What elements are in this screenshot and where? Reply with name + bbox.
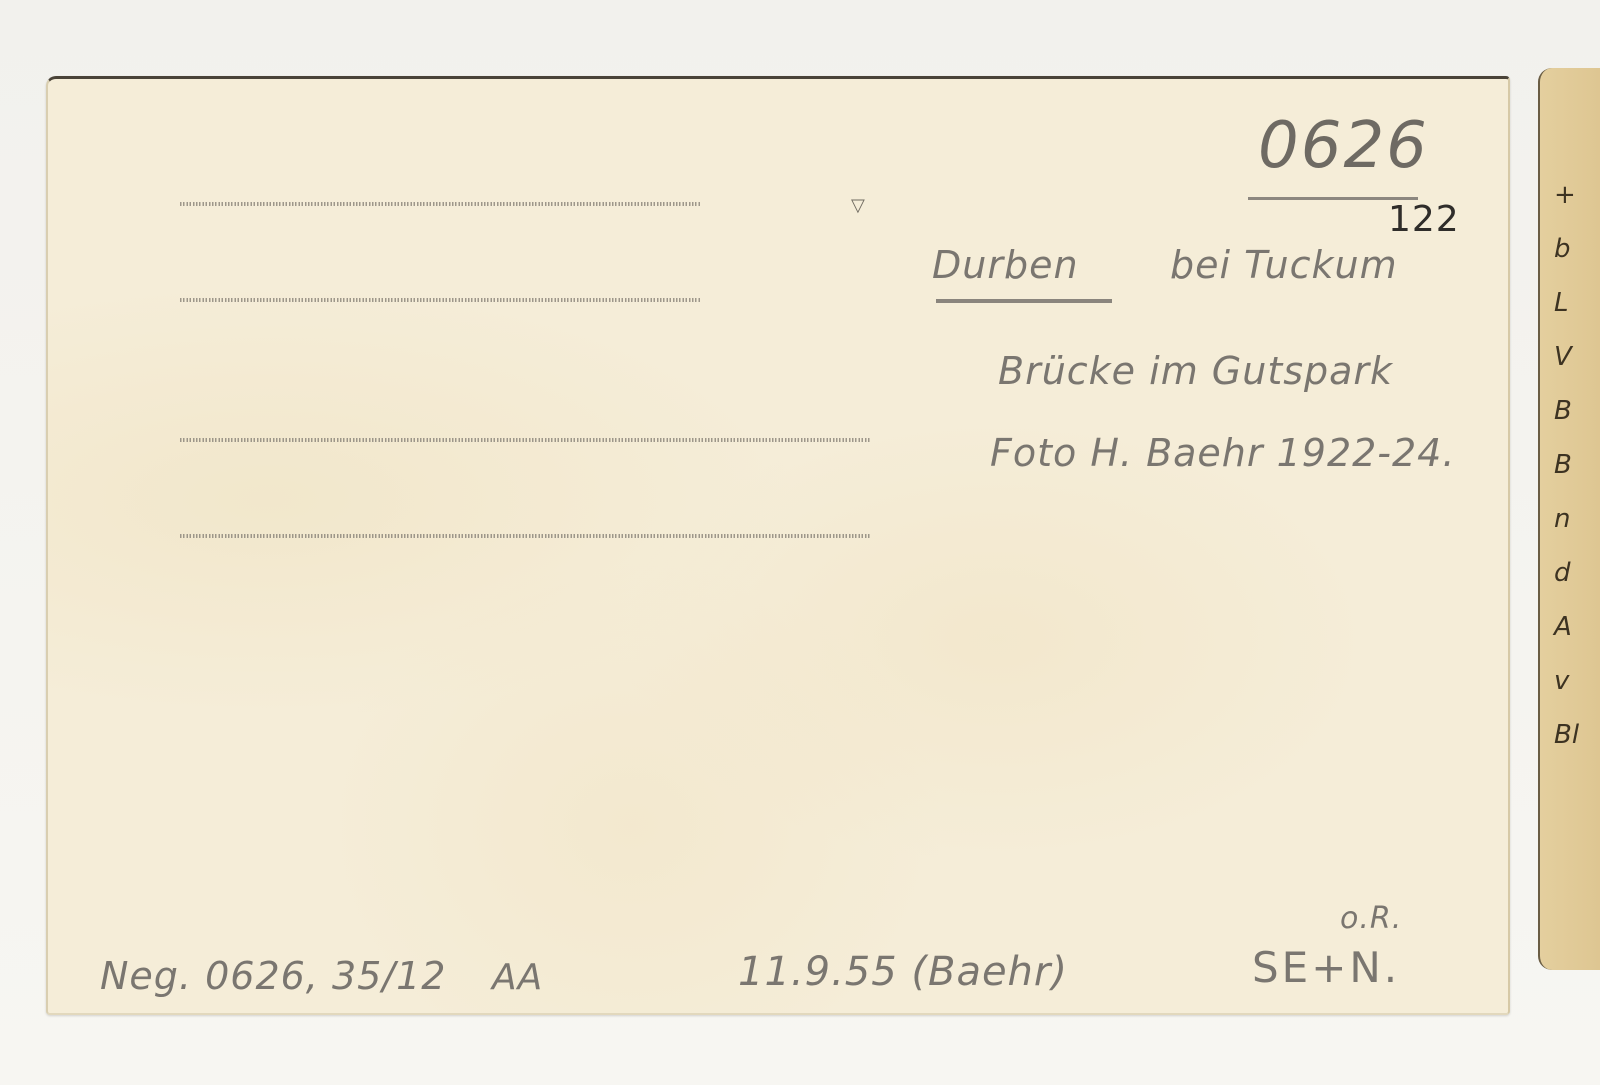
- sub-number: 122: [1388, 199, 1460, 240]
- address-line-3: [180, 438, 870, 442]
- address-line-2: [180, 298, 700, 302]
- negative-reference: Neg. 0626, 35/12: [100, 954, 446, 998]
- initials: AA: [492, 957, 543, 998]
- postcard-back: ▽ 0626 122 Durben bei Tuckum Brücke im G…: [46, 76, 1510, 1015]
- adjacent-card-text: +bLVBBndAvBl: [1554, 168, 1584, 762]
- date-reference: 11.9.55 (Baehr): [738, 949, 1068, 995]
- place-suffix: bei Tuckum: [1170, 243, 1398, 287]
- address-line-4: [180, 534, 870, 538]
- photographer-credit: Foto H. Baehr 1922-24.: [990, 431, 1455, 475]
- triangle-mark-icon: ▽: [851, 197, 865, 215]
- place-name: Durben: [932, 243, 1079, 287]
- address-line-1: [180, 202, 700, 206]
- condition-note: o.R.: [1340, 901, 1402, 936]
- category-code: SE+N.: [1252, 943, 1400, 992]
- place-name-underline: [936, 299, 1112, 303]
- archive-number: 0626: [1258, 109, 1429, 183]
- caption: Brücke im Gutspark: [998, 349, 1393, 393]
- adjacent-card-edge: +bLVBBndAvBl: [1538, 68, 1600, 970]
